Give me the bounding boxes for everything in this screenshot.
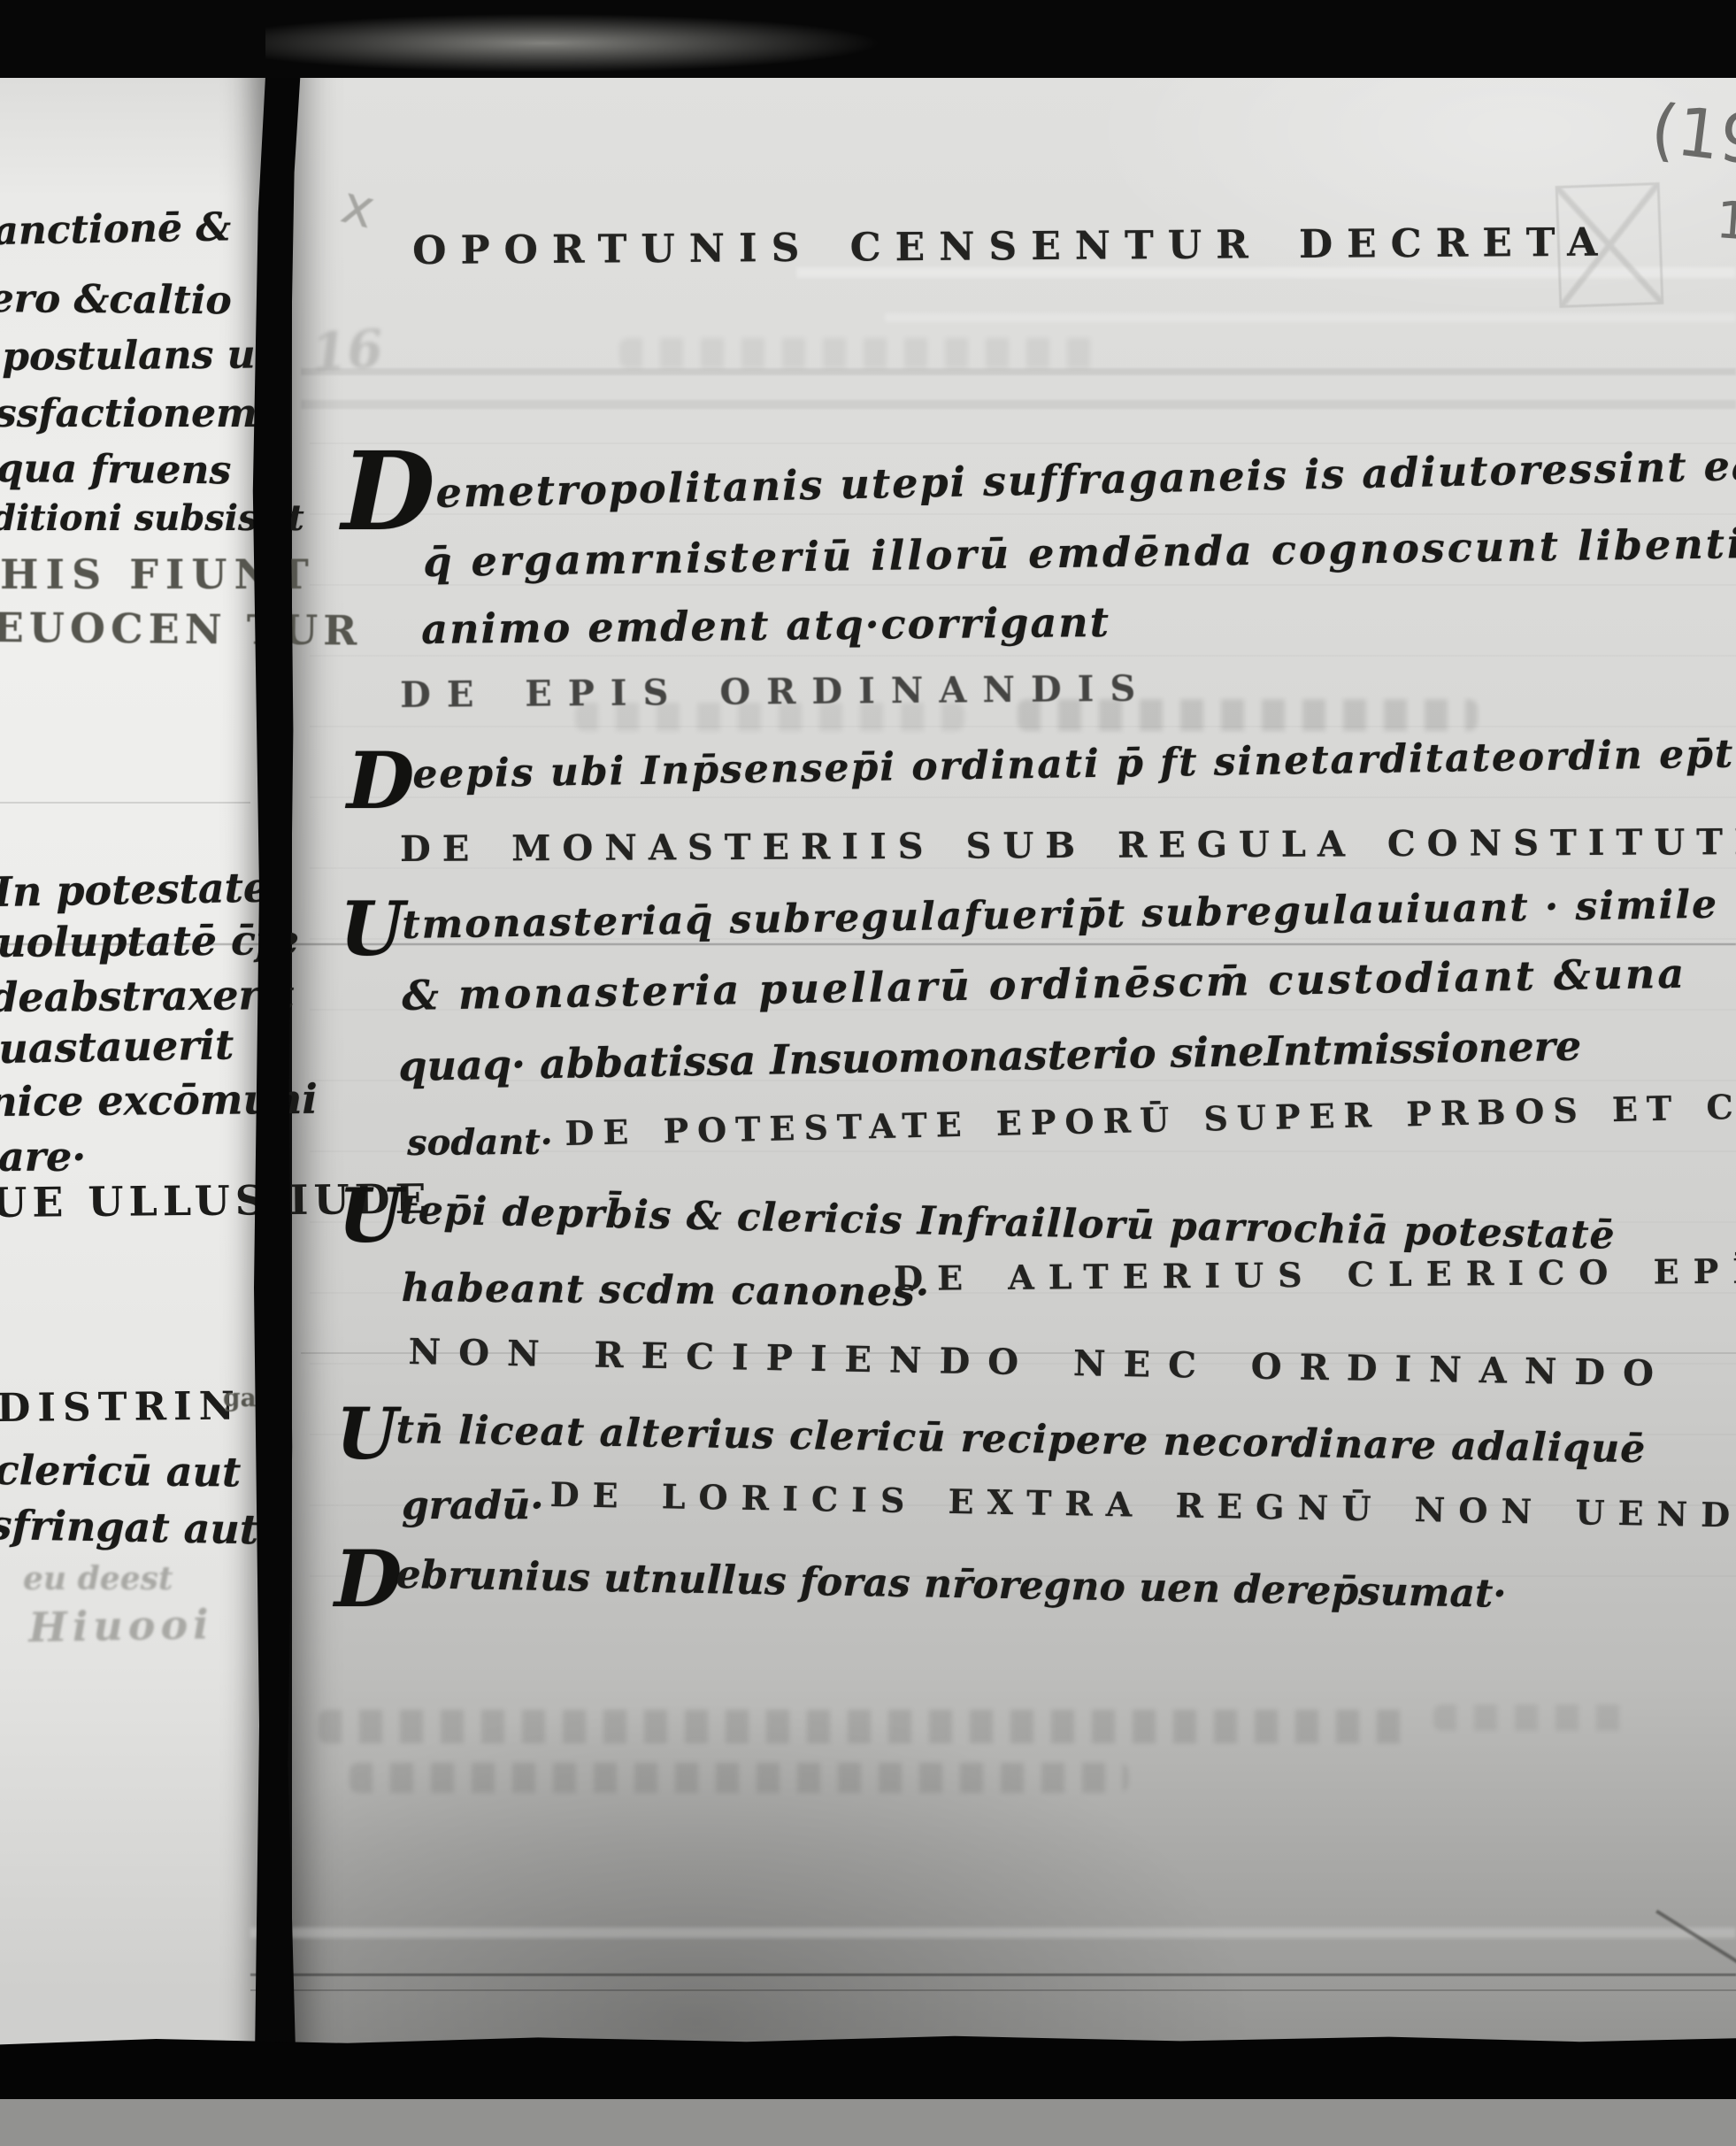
heading-line: OPORTUNIS CENSENTUR DECRETA [412,224,1611,271]
initial-letter: U [338,1179,403,1253]
fragment-line: clericū aut [0,1450,241,1492]
text-line: habeant scdm canones· [402,1269,931,1312]
bleed-through-ghost [1433,1704,1628,1731]
bleed-through-ghost [350,1763,1128,1793]
initial-letter: D [342,437,435,545]
initial-letter: U [340,892,404,966]
initial-letter: D [347,742,414,819]
text-line: gradū· [402,1487,544,1526]
fragment-line: eu deest [23,1563,173,1595]
photo-bottom-edge [0,2032,1736,2103]
fragment-line: qua fruens [0,450,231,490]
fragment-line: are· [0,1136,86,1177]
pencil-folio-number: (19 [1647,88,1736,181]
initial-letter: U [336,1398,398,1469]
fragment-line: Hiuooi [28,1604,214,1648]
fragment-line: deabstraxerit [0,974,295,1018]
pencil-folio-number-secondary: 1 [1714,189,1736,251]
text-line: animo emdent atq·corrigant [421,602,1110,650]
manuscript-photo: 16 (19 1 x anctionē &ero &caltiopostulan… [0,0,1736,2146]
fragment-line: EUOCEN TUR [0,607,363,651]
fragment-line: ero &caltio [0,280,232,320]
text-line: sodant· [407,1125,553,1161]
fragment-line: uastauerit [0,1024,234,1069]
fragment-line: anctionē & [0,208,231,251]
photo-top-edge [0,0,1736,78]
fragment-line: sfringat aut [0,1504,259,1550]
rubric-line: DE ALTERIUS CLERICO EPĪ [894,1254,1736,1296]
fragment-line: ssfactionem [0,395,257,434]
fragment-line: postulans ut [2,335,273,377]
initial-letter: D [334,1540,402,1618]
fragment-line: uoluptatē c̄fe [0,919,299,963]
bleed-through-ghost [619,338,1097,368]
rubric-line: DE EPIS ORDINANDIS [400,672,1151,713]
erased-mark-ghost: 16 [310,318,385,382]
bleed-through-ghost [319,1710,1407,1743]
fragment-line: In potestate [0,867,270,912]
fragment-line: DISTRIN [0,1388,242,1428]
photo-bottom-strip [0,2099,1736,2146]
rubric-line: DE MONASTERIIS SUB REGULA CONSTITUTIS [400,825,1736,867]
